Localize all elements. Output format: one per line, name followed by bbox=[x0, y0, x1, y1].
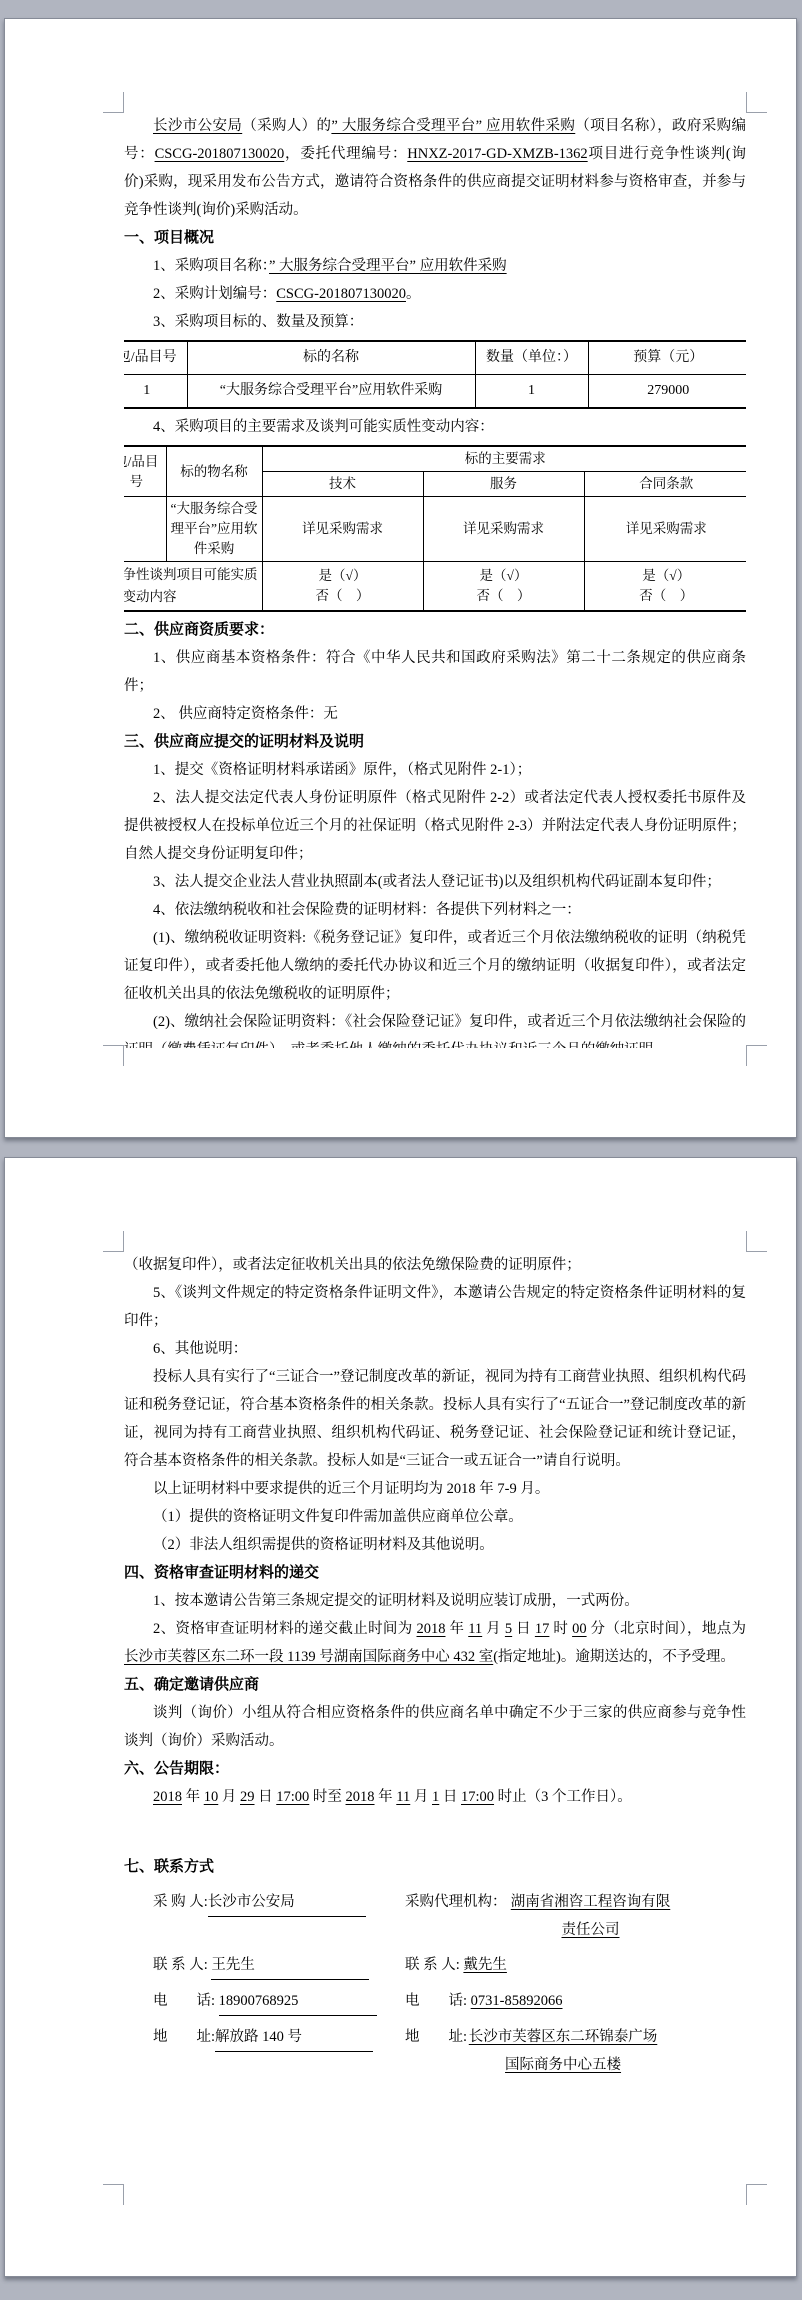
section-1-item-3: 3、采购项目标的、数量及预算： bbox=[124, 308, 746, 336]
contact-row-address: 地 址:解放路 140 号 地 址:长沙市芙蓉区东二环锦泰广场国际商务中心五楼 bbox=[124, 2023, 746, 2079]
section-4-item-2: 2、资格审查证明材料的递交截止时间为 2018 年 11 月 5 日 17 时 … bbox=[124, 1615, 746, 1671]
req-table-header-row-1: 包/品目号 标的物名称 标的主要需求 bbox=[124, 446, 746, 472]
req-cell-tech: 详见采购需求 bbox=[262, 497, 423, 562]
left-phone-number: 18900768925 bbox=[219, 1987, 377, 2016]
budget-header-qty: 数量（单位：） bbox=[475, 341, 588, 375]
contact-row-person: 联 系 人: 王先生 联 系 人: 戴先生 bbox=[124, 1951, 746, 1980]
section-3-note: 以上证明材料中要求提供的近三个月证明均为 2018 年 7-9 月。 bbox=[124, 1475, 746, 1503]
section-3-item-4-1: (1)、缴纳税收证明资料:《税务登记证》复印件，或者近三个月依法缴纳税收的证明（… bbox=[124, 924, 746, 1008]
requirements-table: 包/品目号 标的物名称 标的主要需求 技术 服务 合同条款 1 “大服务综合受理… bbox=[124, 445, 746, 612]
purchaser-label: 采 购 人: bbox=[153, 1894, 208, 1910]
vary-yes: 是（√） bbox=[265, 566, 421, 586]
left-phone-field: 电 话: 18900768925 bbox=[124, 1987, 405, 2016]
agency-name: 湖南省湘咨工程咨询有限责任公司 bbox=[507, 1888, 675, 1944]
budget-cell-name: “大服务综合受理平台”应用软件采购 bbox=[187, 375, 475, 409]
purchaser-field: 采 购 人:长沙市公安局 bbox=[124, 1888, 405, 1944]
section-3-note-2: （2）非法人组织需提供的资格证明材料及其他说明。 bbox=[124, 1531, 746, 1559]
agency-label: 采购代理机构： bbox=[405, 1894, 507, 1910]
vary-yes: 是（√） bbox=[426, 566, 582, 586]
document-viewer-background: { "page1": { "intro": [ {"t":"长沙市公安局","u… bbox=[0, 0, 802, 2300]
req-cell-name: “大服务综合受理平台”应用软件采购 bbox=[166, 497, 262, 562]
budget-table: 包/品目号 标的名称 数量（单位：） 预算（元） 1 “大服务综合受理平台”应用… bbox=[124, 340, 746, 409]
margin-crop-mark bbox=[746, 1045, 767, 1066]
left-address-value: 解放路 140 号 bbox=[215, 2023, 373, 2052]
vary-no: 否（ ） bbox=[265, 586, 421, 606]
section-3-item-6: 6、其他说明： bbox=[124, 1335, 746, 1363]
section-5-heading: 五、确定邀请供应商 bbox=[124, 1671, 746, 1699]
req-vary-tech: 是（√） 否（ ） bbox=[262, 562, 423, 612]
right-phone-number: 0731-85892066 bbox=[471, 1993, 563, 2009]
req-table-vary-row: 竞争性谈判项目可能实质性变动内容 是（√） 否（ ） 是（√） 否（ ） 是（√… bbox=[124, 562, 746, 612]
margin-crop-mark bbox=[103, 2184, 124, 2205]
budget-cell-package: 1 bbox=[124, 375, 187, 409]
page-2-text-area: （收据复印件），或者法定征收机关出具的依法免缴保险费的证明原件； 5、《谈判文件… bbox=[124, 1251, 746, 2187]
budget-header-budget: 预算（元） bbox=[588, 341, 746, 375]
section-3-note-1: （1）提供的资格证明文件复印件需加盖供应商单位公章。 bbox=[124, 1503, 746, 1531]
contact-row-org: 采 购 人:长沙市公安局 采购代理机构：湖南省湘咨工程咨询有限责任公司 bbox=[124, 1888, 746, 1944]
contact-row-phone: 电 话: 18900768925 电 话: 0731-85892066 bbox=[124, 1987, 746, 2016]
section-2-item-1: 1、供应商基本资格条件：符合《中华人民共和国政府采购法》第二十二条规定的供应商条… bbox=[124, 644, 746, 700]
section-3-item-3: 3、法人提交企业法人营业执照副本(或者法人登记证书)以及组织机构代码证副本复印件… bbox=[124, 868, 746, 896]
budget-table-header-row: 包/品目号 标的名称 数量（单位：） 预算（元） bbox=[124, 341, 746, 375]
section-7-heading: 七、联系方式 bbox=[124, 1853, 746, 1881]
section-4-item-1: 1、按本邀请公告第三条规定提交的证明材料及说明应装订成册，一式两份。 bbox=[124, 1587, 746, 1615]
budget-header-name: 标的名称 bbox=[187, 341, 475, 375]
right-phone-label: 电 话: bbox=[405, 1993, 467, 2009]
margin-crop-mark bbox=[746, 92, 767, 113]
req-vary-label: 竞争性谈判项目可能实质性变动内容 bbox=[124, 562, 262, 612]
agency-field: 采购代理机构：湖南省湘咨工程咨询有限责任公司 bbox=[405, 1888, 746, 1944]
right-contact-label: 联 系 人: bbox=[405, 1957, 460, 1973]
left-phone-label: 电 话: bbox=[153, 1993, 215, 2009]
left-contact-name: 王先生 bbox=[211, 1951, 369, 1980]
right-phone-field: 电 话: 0731-85892066 bbox=[405, 1987, 746, 2016]
right-address-value: 长沙市芙蓉区东二环锦泰广场国际商务中心五楼 bbox=[467, 2023, 659, 2079]
req-header-main: 标的主要需求 bbox=[262, 446, 746, 472]
page-1-text-area: 长沙市公安局（采购人）的” 大服务综合受理平台” 应用软件采购（项目名称），政府… bbox=[124, 112, 746, 1048]
section-3-item-5: 5、《谈判文件规定的特定资格条件证明文件》，本邀请公告规定的特定资格条件证明材料… bbox=[124, 1279, 746, 1335]
section-5-text: 谈判（询价）小组从符合相应资格条件的供应商名单中确定不少于三家的供应商参与竞争性… bbox=[124, 1699, 746, 1755]
section-2-item-2: 2、 供应商特定资格条件：无 bbox=[124, 700, 746, 728]
req-cell-service: 详见采购需求 bbox=[423, 497, 584, 562]
budget-table-row: 1 “大服务综合受理平台”应用软件采购 1 279000 bbox=[124, 375, 746, 409]
continued-paragraph: （收据复印件），或者法定征收机关出具的依法免缴保险费的证明原件； bbox=[124, 1251, 746, 1279]
section-2-heading: 二、供应商资质要求： bbox=[124, 616, 746, 644]
purchaser-name: 长沙市公安局 bbox=[208, 1888, 366, 1917]
section-1-heading: 一、项目概况 bbox=[124, 224, 746, 252]
document-page-1: 长沙市公安局（采购人）的” 大服务综合受理平台” 应用软件采购（项目名称），政府… bbox=[4, 18, 797, 1138]
left-contact-label: 联 系 人: bbox=[153, 1957, 208, 1973]
section-4-heading: 四、资格审查证明材料的递交 bbox=[124, 1559, 746, 1587]
right-contact-name: 戴先生 bbox=[463, 1957, 507, 1973]
req-cell-package: 1 bbox=[124, 497, 166, 562]
section-6-text: 2018 年 10 月 29 日 17:00 时至 2018 年 11 月 1 … bbox=[124, 1783, 746, 1811]
vary-no: 否（ ） bbox=[426, 586, 582, 606]
margin-crop-mark bbox=[103, 1231, 124, 1252]
budget-header-package: 包/品目号 bbox=[124, 341, 187, 375]
right-address-field: 地 址:长沙市芙蓉区东二环锦泰广场国际商务中心五楼 bbox=[405, 2023, 746, 2079]
section-3-item-1: 1、提交《资格证明材料承诺函》原件，（格式见附件 2-1）； bbox=[124, 756, 746, 784]
budget-cell-budget: 279000 bbox=[588, 375, 746, 409]
section-3-item-2: 2、法人提交法定代表人身份证明原件（格式见附件 2-2）或者法定代表人授权委托书… bbox=[124, 784, 746, 868]
section-3-heading: 三、供应商应提交的证明材料及说明 bbox=[124, 728, 746, 756]
req-header-contract: 合同条款 bbox=[584, 472, 746, 497]
req-header-name: 标的物名称 bbox=[166, 446, 262, 497]
margin-crop-mark bbox=[746, 1231, 767, 1252]
vary-no: 否（ ） bbox=[587, 586, 747, 606]
req-header-service: 服务 bbox=[423, 472, 584, 497]
margin-crop-mark bbox=[103, 1045, 124, 1066]
vary-yes: 是（√） bbox=[587, 566, 747, 586]
section-3-item-4: 4、依法缴纳税收和社会保险费的证明材料：各提供下列材料之一： bbox=[124, 896, 746, 924]
left-address-field: 地 址:解放路 140 号 bbox=[124, 2023, 405, 2079]
right-contact-field: 联 系 人: 戴先生 bbox=[405, 1951, 746, 1980]
margin-crop-mark bbox=[103, 92, 124, 113]
section-1-item-2: 2、采购计划编号：CSCG-201807130020。 bbox=[124, 280, 746, 308]
req-vary-service: 是（√） 否（ ） bbox=[423, 562, 584, 612]
intro-paragraph: 长沙市公安局（采购人）的” 大服务综合受理平台” 应用软件采购（项目名称），政府… bbox=[124, 112, 746, 224]
document-page-2: （收据复印件），或者法定征收机关出具的依法免缴保险费的证明原件； 5、《谈判文件… bbox=[4, 1157, 797, 2277]
req-vary-contract: 是（√） 否（ ） bbox=[584, 562, 746, 612]
section-1-item-1: 1、采购项目名称：” 大服务综合受理平台” 应用软件采购 bbox=[124, 252, 746, 280]
left-contact-field: 联 系 人: 王先生 bbox=[124, 1951, 405, 1980]
section-3-item-4-2: (2)、缴纳社会保险证明资料：《社会保险登记证》复印件，或者近三个月依法缴纳社会… bbox=[124, 1008, 746, 1048]
section-3-item-6-text: 投标人具有实行了“三证合一”登记制度改革的新证，视同为持有工商营业执照、组织机构… bbox=[124, 1363, 746, 1475]
right-address-label: 地 址: bbox=[405, 2029, 467, 2045]
req-header-tech: 技术 bbox=[262, 472, 423, 497]
margin-crop-mark bbox=[746, 2184, 767, 2205]
section-1-item-4: 4、采购项目的主要需求及谈判可能实质性变动内容： bbox=[124, 413, 746, 441]
left-address-label: 地 址: bbox=[153, 2029, 215, 2045]
section-6-heading: 六、公告期限： bbox=[124, 1755, 746, 1783]
budget-cell-qty: 1 bbox=[475, 375, 588, 409]
req-table-data-row: 1 “大服务综合受理平台”应用软件采购 详见采购需求 详见采购需求 详见采购需求 bbox=[124, 497, 746, 562]
req-header-package: 包/品目号 bbox=[124, 446, 166, 497]
req-cell-contract: 详见采购需求 bbox=[584, 497, 746, 562]
